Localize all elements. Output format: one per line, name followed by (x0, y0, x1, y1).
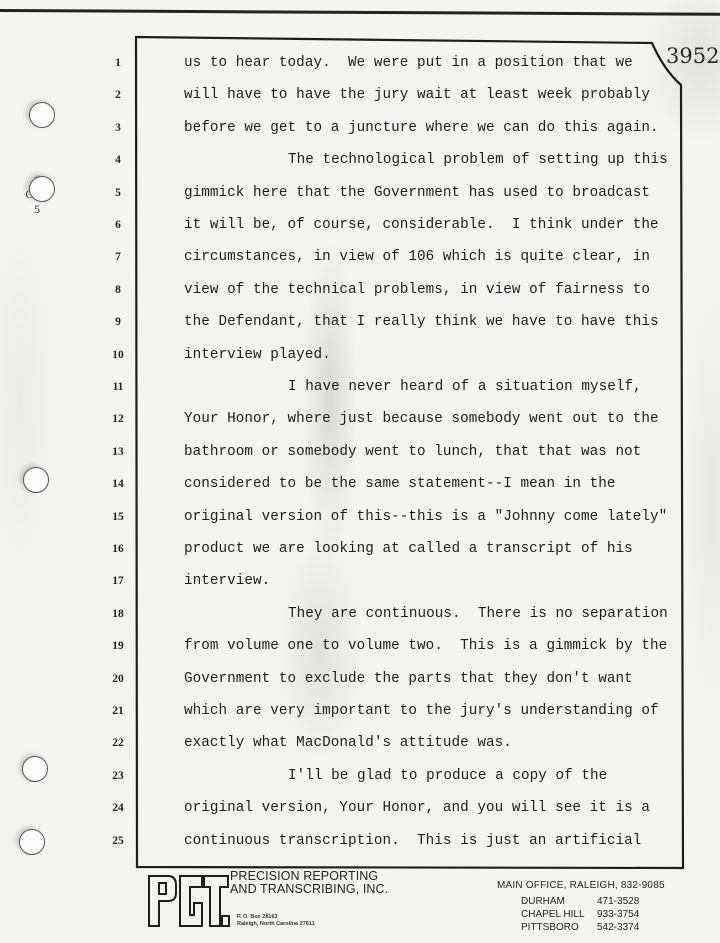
line-number: 18 (100, 608, 136, 620)
main-office: MAIN OFFICE, RALEIGH, 832-9085 (497, 880, 665, 891)
transcript-line: I have never heard of a situation myself… (288, 379, 642, 395)
company-name: PRECISION REPORTING AND TRANSCRIBING, IN… (230, 870, 388, 895)
office-phone: 542-3374 (597, 922, 639, 933)
line-number: 21 (100, 705, 136, 717)
page-number: 3952 (666, 44, 719, 68)
transcript-line: I'll be glad to produce a copy of the (288, 768, 607, 784)
transcript-line: The technological problem of setting up … (288, 152, 668, 168)
line-number: 15 (100, 511, 136, 523)
line-number: 4 (100, 154, 136, 166)
office-phone: 933-3754 (597, 909, 639, 920)
punch-hole (19, 829, 45, 855)
city-state: Raleigh, North Carolina 27611 (237, 921, 315, 928)
office-row: CHAPEL HILL933-3754 (521, 909, 639, 920)
transcript-line: continuous transcription. This is just a… (184, 833, 641, 849)
line-number: 16 (100, 543, 136, 555)
transcript-line: it will be, of course, considerable. I t… (184, 217, 659, 233)
office-row: PITTSBORO542-3374 (521, 922, 639, 933)
punch-hole (29, 176, 55, 202)
office-city: DURHAM (521, 896, 597, 907)
transcript-line: circumstances, in view of 106 which is q… (184, 249, 650, 265)
line-number: 9 (100, 316, 136, 328)
punch-hole (29, 102, 55, 128)
transcript-line: original version of this--this is a "Joh… (184, 509, 667, 525)
logo-text: P&T. (146, 873, 149, 874)
line-number: 13 (100, 446, 136, 458)
transcript-line: exactly what MacDonald's attitude was. (184, 735, 512, 751)
transcript-line: us to hear today. We were put in a posit… (184, 55, 633, 71)
transcript-line: which are very important to the jury's u… (184, 703, 659, 719)
line-number: 17 (100, 575, 136, 587)
transcript-line: gimmick here that the Government has use… (184, 185, 650, 201)
transcript-line: Your Honor, where just because somebody … (184, 411, 659, 427)
company-name-line: AND TRANSCRIBING, INC. (230, 883, 388, 896)
line-number: 11 (100, 381, 136, 393)
margin-note-line: 5 (22, 202, 52, 217)
transcript-line: before we get to a juncture where we can… (184, 120, 659, 136)
company-name-line: PRECISION REPORTING (230, 870, 388, 883)
line-number: 7 (100, 251, 136, 263)
line-number: 8 (100, 284, 136, 296)
transcript-line: interview played. (184, 347, 331, 363)
line-number: 23 (100, 770, 136, 782)
office-row: DURHAM471-3528 (521, 896, 639, 907)
transcript-line: from volume one to volume two. This is a… (184, 638, 667, 654)
line-number: 19 (100, 640, 136, 652)
line-number: 2 (100, 89, 136, 101)
transcript-line: interview. (184, 573, 270, 589)
line-number: 1 (100, 57, 136, 69)
line-number: 24 (100, 802, 136, 814)
transcript-line: view of the technical problems, in view … (184, 282, 650, 298)
punch-hole (22, 756, 48, 782)
line-number: 10 (100, 349, 136, 361)
line-number: 5 (100, 187, 136, 199)
line-number: 25 (100, 835, 136, 847)
mailing-address: P. O. Box 28163 Raleigh, North Carolina … (237, 914, 315, 928)
line-number: 3 (100, 122, 136, 134)
office-city: PITTSBORO (521, 922, 597, 933)
office-city: CHAPEL HILL (521, 909, 597, 920)
footer: P&T. PRECISION REPORTING AND TRANSCRIBIN… (0, 870, 720, 943)
transcript-line: original version, Your Honor, and you wi… (184, 800, 650, 816)
transcript-line: the Defendant, that I really think we ha… (184, 314, 659, 330)
transcript-line: considered to be the same statement--I m… (184, 476, 615, 492)
transcript-line: will have to have the jury wait at least… (184, 87, 650, 103)
line-number: 22 (100, 737, 136, 749)
transcript-line: bathroom or somebody went to lunch, that… (184, 444, 641, 460)
po-box: P. O. Box 28163 (237, 914, 315, 921)
line-number: 20 (100, 673, 136, 685)
office-phone: 471-3528 (597, 896, 639, 907)
line-number: 6 (100, 219, 136, 231)
line-number: 12 (100, 413, 136, 425)
office-directory: MAIN OFFICE, RALEIGH, 832-9085 DURHAM471… (497, 880, 665, 891)
transcript-page: 3952 # CKS 5 123456789101112131415161718… (0, 0, 720, 943)
punch-hole (23, 467, 49, 493)
transcript-line: product we are looking at called a trans… (184, 541, 633, 557)
transcript-line: Government to exclude the parts that the… (184, 671, 633, 687)
company-logo: P&T. (146, 873, 230, 929)
line-number: 14 (100, 478, 136, 490)
transcript-line: They are continuous. There is no separat… (288, 606, 668, 622)
